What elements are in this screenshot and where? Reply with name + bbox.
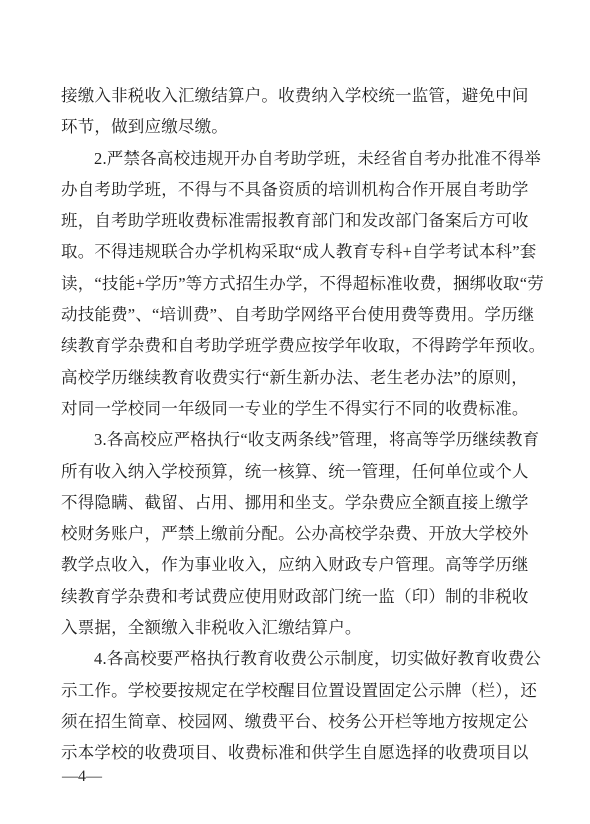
text-line: 办自考助学班，不得与不具备资质的培训机构合作开展自考助学 bbox=[61, 174, 528, 205]
text-line: 入票据，全额缴入非税收入汇缴结算户。 bbox=[61, 612, 528, 643]
text-line: 取。不得违规联合办学机构采取“成人教育专科+自学考试本科”套 bbox=[61, 236, 528, 267]
text-line: 接缴入非税收入汇缴结算户。收费纳入学校统一监管，避免中间 bbox=[61, 80, 528, 111]
text-line: 读，“技能+学历”等方式招生办学，不得超标准收费，捆绑收取“劳 bbox=[61, 268, 528, 299]
text-line: 校财务账户，严禁上缴前分配。公办高校学杂费、开放大学校外 bbox=[61, 518, 528, 549]
text-line: 环节，做到应缴尽缴。 bbox=[61, 111, 528, 142]
text-line: 续教育学杂费和自考助学班学费应按学年收取，不得跨学年预收。 bbox=[61, 330, 528, 361]
document-text-column: 接缴入非税收入汇缴结算户。收费纳入学校统一监管，避免中间 环节，做到应缴尽缴。 … bbox=[61, 80, 528, 769]
document-page: 接缴入非税收入汇缴结算户。收费纳入学校统一监管，避免中间 环节，做到应缴尽缴。 … bbox=[0, 0, 590, 824]
text-line: 示本学校的收费项目、收费标准和供学生自愿选择的收费项目以 bbox=[61, 737, 528, 768]
text-line: 对同一学校同一年级同一专业的学生不得实行不同的收费标准。 bbox=[61, 393, 528, 424]
page-number: —4— bbox=[62, 765, 102, 789]
text-line: 示工作。学校要按规定在学校醒目位置设置固定公示牌（栏），还 bbox=[61, 675, 528, 706]
text-line: 班，自考助学班收费标准需报教育部门和发改部门备案后方可收 bbox=[61, 205, 528, 236]
text-line: 续教育学杂费和考试费应使用财政部门统一监（印）制的非税收 bbox=[61, 581, 528, 612]
text-line: 所有收入纳入学校预算，统一核算、统一管理，任何单位或个人 bbox=[61, 456, 528, 487]
text-line: 教学点收入，作为事业收入，应纳入财政专户管理。高等学历继 bbox=[61, 549, 528, 580]
text-line: 高校学历继续教育收费实行“新生新办法、老生老办法”的原则， bbox=[61, 362, 528, 393]
text-line: 不得隐瞒、截留、占用、挪用和坐支。学杂费应全额直接上缴学 bbox=[61, 487, 528, 518]
text-line-paragraph-3-start: 3.各高校应严格执行“收支两条线”管理，将高等学历继续教育 bbox=[61, 424, 528, 455]
text-line: 须在招生简章、校园网、缴费平台、校务公开栏等地方按规定公 bbox=[61, 706, 528, 737]
text-line: 动技能费”、“培训费”、自考助学网络平台使用费等费用。学历继 bbox=[61, 299, 528, 330]
text-line-paragraph-2-start: 2.严禁各高校违规开办自考助学班，未经省自考办批准不得举 bbox=[61, 143, 528, 174]
text-line-paragraph-4-start: 4.各高校要严格执行教育收费公示制度，切实做好教育收费公 bbox=[61, 643, 528, 674]
